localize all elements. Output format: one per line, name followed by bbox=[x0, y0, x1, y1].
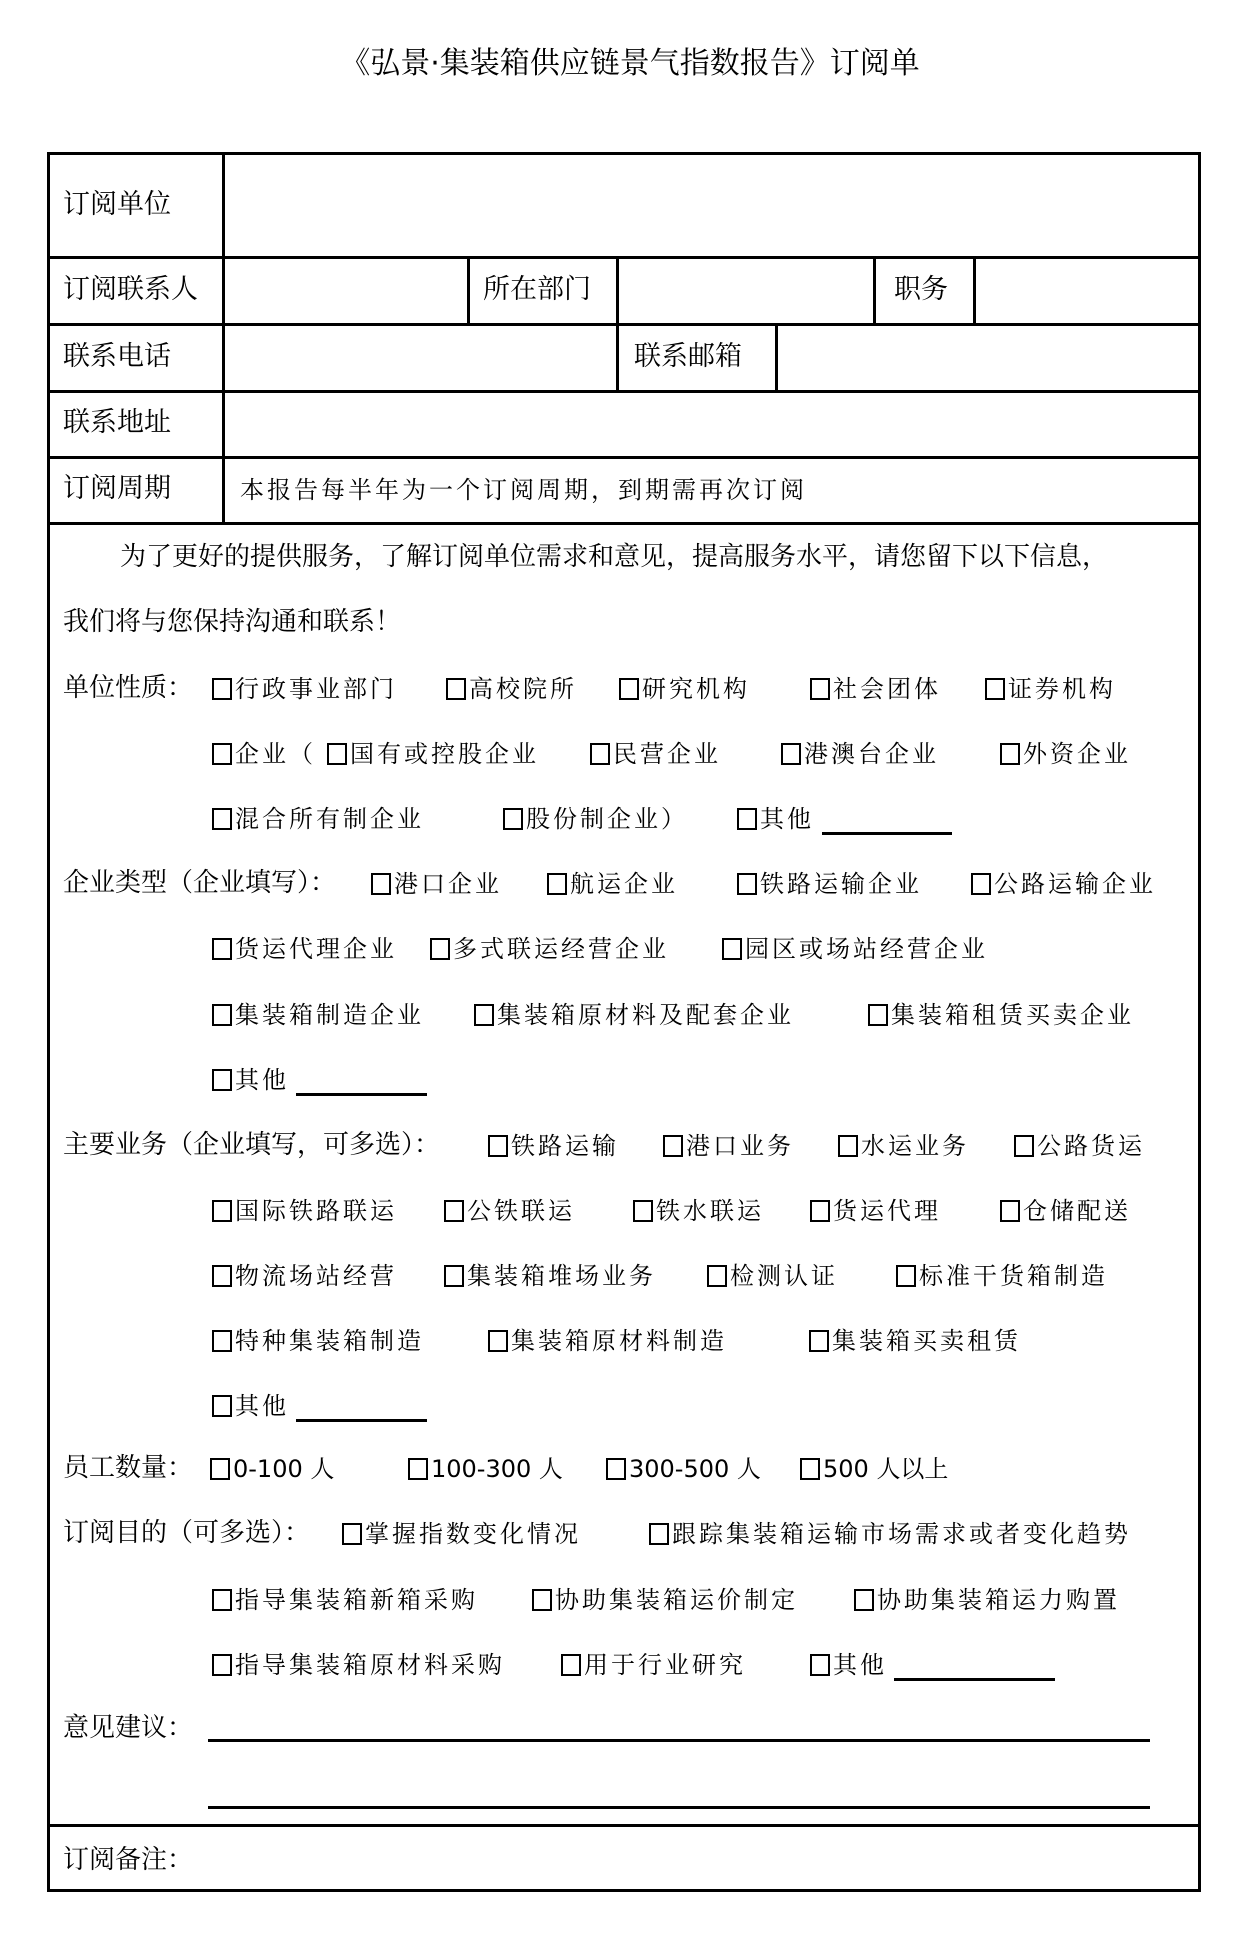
option-materials-mfg[interactable]: 集装箱原材料制造 bbox=[488, 1324, 727, 1358]
option-dry-container-mfg[interactable]: 标准干货箱制造 bbox=[896, 1259, 1108, 1293]
checkbox[interactable] bbox=[619, 678, 639, 700]
option-shipping[interactable]: 航运企业 bbox=[547, 867, 678, 901]
option-inspection[interactable]: 检测认证 bbox=[707, 1259, 838, 1293]
checkbox[interactable] bbox=[781, 743, 801, 765]
checkbox[interactable] bbox=[800, 1458, 820, 1480]
position-label: 职务 bbox=[894, 272, 948, 308]
remarks-field[interactable] bbox=[200, 1828, 1198, 1888]
checkbox[interactable] bbox=[444, 1265, 464, 1287]
option-container-leasing[interactable]: 集装箱租赁买卖企业 bbox=[868, 998, 1134, 1032]
checkbox[interactable] bbox=[212, 1069, 232, 1091]
checkbox[interactable] bbox=[561, 1654, 581, 1676]
option-label: 国有或控股企业 bbox=[350, 737, 539, 771]
option-label: 集装箱租赁买卖企业 bbox=[891, 998, 1134, 1032]
checkbox[interactable] bbox=[212, 938, 232, 960]
checkbox[interactable] bbox=[212, 808, 232, 830]
option-label: 500 人以上 bbox=[823, 1452, 948, 1486]
option-emp-300-500[interactable]: 300-500 人 bbox=[606, 1452, 761, 1486]
option-label: 园区或场站经营企业 bbox=[745, 932, 988, 966]
column-divider bbox=[616, 256, 619, 324]
option-label: 0-100 人 bbox=[233, 1452, 334, 1486]
option-label: 协助集装箱运力购置 bbox=[877, 1583, 1120, 1617]
option-admin-dept[interactable]: 行政事业部门 bbox=[212, 672, 397, 706]
checkbox[interactable] bbox=[408, 1458, 428, 1480]
option-road[interactable]: 公路运输企业 bbox=[971, 867, 1156, 901]
checkbox[interactable] bbox=[810, 678, 830, 700]
checkbox[interactable] bbox=[212, 1330, 232, 1352]
unit-label: 订阅单位 bbox=[63, 187, 171, 223]
option-logistics-station[interactable]: 物流场站经营 bbox=[212, 1259, 397, 1293]
checkbox[interactable] bbox=[212, 1200, 232, 1222]
checkbox[interactable] bbox=[444, 1200, 464, 1222]
option-label: 铁水联运 bbox=[656, 1194, 764, 1228]
option-joint-stock[interactable]: 股份制企业） bbox=[503, 802, 688, 836]
checkbox[interactable] bbox=[212, 1654, 232, 1676]
option-label: 标准干货箱制造 bbox=[919, 1259, 1108, 1293]
option-unit-other[interactable]: 其他 bbox=[737, 802, 814, 836]
option-warehousing[interactable]: 仓储配送 bbox=[1000, 1194, 1131, 1228]
option-label: 集装箱制造企业 bbox=[235, 998, 424, 1032]
enterprise-type-label: 企业类型（企业填写）： bbox=[63, 865, 336, 901]
option-foreign[interactable]: 外资企业 bbox=[1000, 737, 1131, 771]
option-label: 特种集装箱制造 bbox=[235, 1324, 424, 1358]
option-label: 集装箱买卖租赁 bbox=[832, 1324, 1021, 1358]
purpose-other-input-line[interactable] bbox=[894, 1678, 1055, 1681]
checkbox[interactable] bbox=[212, 1004, 232, 1026]
position-field[interactable] bbox=[977, 260, 1198, 322]
suggestions-input-line-2[interactable] bbox=[208, 1806, 1150, 1809]
option-state-owned[interactable]: 国有或控股企业 bbox=[327, 737, 539, 771]
checkbox[interactable] bbox=[737, 808, 757, 830]
option-label: 民营企业 bbox=[613, 737, 721, 771]
option-label: 跟踪集装箱运输市场需求或者变化趋势 bbox=[672, 1517, 1131, 1551]
unit-nature-label: 单位性质： bbox=[63, 670, 193, 706]
option-label: 协助集装箱运价制定 bbox=[555, 1583, 798, 1617]
checkbox[interactable] bbox=[606, 1458, 626, 1480]
option-label: 指导集装箱新箱采购 bbox=[235, 1583, 478, 1617]
checkbox[interactable] bbox=[985, 678, 1005, 700]
checkbox[interactable] bbox=[371, 873, 391, 895]
option-label: 公路货运 bbox=[1037, 1129, 1145, 1163]
option-emp-500-plus[interactable]: 500 人以上 bbox=[800, 1452, 948, 1486]
option-research[interactable]: 研究机构 bbox=[619, 672, 750, 706]
checkbox[interactable] bbox=[868, 1004, 888, 1026]
option-enterprise[interactable]: 企业（ bbox=[212, 737, 316, 771]
option-label: 港口企业 bbox=[394, 867, 502, 901]
option-label: 集装箱原材料制造 bbox=[511, 1324, 727, 1358]
checkbox[interactable] bbox=[722, 938, 742, 960]
checkbox[interactable] bbox=[810, 1200, 830, 1222]
option-label: 证券机构 bbox=[1008, 672, 1116, 706]
checkbox[interactable] bbox=[810, 1654, 830, 1676]
checkbox[interactable] bbox=[430, 938, 450, 960]
checkbox[interactable] bbox=[707, 1265, 727, 1287]
checkbox[interactable] bbox=[503, 808, 523, 830]
option-label: 其他 bbox=[760, 802, 814, 836]
enterprise-other-input-line[interactable] bbox=[296, 1093, 427, 1096]
option-rail-transport[interactable]: 铁路运输 bbox=[488, 1129, 619, 1163]
checkbox[interactable] bbox=[342, 1523, 362, 1545]
intro-line-1: 为了更好的提供服务，了解订阅单位需求和意见，提高服务水平，请您留下以下信息， bbox=[120, 539, 1108, 575]
option-materials-purchase[interactable]: 指导集装箱原材料采购 bbox=[212, 1648, 505, 1682]
option-emp-100-300[interactable]: 100-300 人 bbox=[408, 1452, 563, 1486]
option-label: 指导集装箱原材料采购 bbox=[235, 1648, 505, 1682]
option-container-materials[interactable]: 集装箱原材料及配套企业 bbox=[474, 998, 794, 1032]
checkbox[interactable] bbox=[971, 873, 991, 895]
remarks-label: 订阅备注： bbox=[63, 1842, 193, 1878]
row-divider bbox=[47, 390, 1201, 393]
option-label: 仓储配送 bbox=[1023, 1194, 1131, 1228]
checkbox[interactable] bbox=[1000, 1200, 1020, 1222]
row-divider bbox=[47, 456, 1201, 459]
checkbox[interactable] bbox=[446, 678, 466, 700]
column-divider bbox=[467, 256, 470, 324]
option-special-container-mfg[interactable]: 特种集装箱制造 bbox=[212, 1324, 424, 1358]
option-private[interactable]: 民营企业 bbox=[590, 737, 721, 771]
checkbox[interactable] bbox=[327, 743, 347, 765]
option-freight-pricing[interactable]: 协助集装箱运价制定 bbox=[532, 1583, 798, 1617]
row-divider bbox=[47, 323, 1201, 326]
checkbox[interactable] bbox=[649, 1523, 669, 1545]
option-social-group[interactable]: 社会团体 bbox=[810, 672, 941, 706]
option-label: 集装箱堆场业务 bbox=[467, 1259, 656, 1293]
option-label: 公路运输企业 bbox=[994, 867, 1156, 901]
intro-line-2: 我们将与您保持沟通和联系！ bbox=[63, 604, 401, 640]
option-industry-research[interactable]: 用于行业研究 bbox=[561, 1648, 746, 1682]
option-enterprise-other[interactable]: 其他 bbox=[212, 1063, 289, 1097]
row-divider bbox=[47, 522, 1201, 525]
option-freight-forwarding[interactable]: 货运代理企业 bbox=[212, 932, 397, 966]
option-label: 水运业务 bbox=[861, 1129, 969, 1163]
column-divider bbox=[873, 256, 876, 324]
column-divider bbox=[973, 256, 976, 324]
period-label: 订阅周期 bbox=[63, 471, 171, 507]
option-label: 行政事业部门 bbox=[235, 672, 397, 706]
checkbox[interactable] bbox=[210, 1458, 230, 1480]
option-forwarding[interactable]: 货运代理 bbox=[810, 1194, 941, 1228]
column-divider bbox=[775, 323, 778, 391]
checkbox[interactable] bbox=[488, 1135, 508, 1157]
option-rail-water[interactable]: 铁水联运 bbox=[633, 1194, 764, 1228]
page-title: 《弘景·集装箱供应链景气指数报告》订阅单 bbox=[0, 44, 1245, 84]
suggestions-label: 意见建议： bbox=[63, 1710, 193, 1746]
option-label: 检测认证 bbox=[730, 1259, 838, 1293]
option-road-freight[interactable]: 公路货运 bbox=[1014, 1129, 1145, 1163]
option-capacity-purchase[interactable]: 协助集装箱运力购置 bbox=[854, 1583, 1120, 1617]
option-new-container-purchase[interactable]: 指导集装箱新箱采购 bbox=[212, 1583, 478, 1617]
purpose-label: 订阅目的（可多选）： bbox=[63, 1515, 310, 1551]
option-label: 用于行业研究 bbox=[584, 1648, 746, 1682]
row-divider bbox=[47, 256, 1201, 259]
suggestions-input-line-1[interactable] bbox=[208, 1739, 1150, 1742]
checkbox[interactable] bbox=[1000, 743, 1020, 765]
option-label: 企业（ bbox=[235, 737, 316, 771]
option-label: 港澳台企业 bbox=[804, 737, 939, 771]
column-divider bbox=[616, 323, 619, 391]
checkbox[interactable] bbox=[212, 743, 232, 765]
option-label: 航运企业 bbox=[570, 867, 678, 901]
option-label: 高校院所 bbox=[469, 672, 577, 706]
address-field[interactable] bbox=[226, 394, 1198, 456]
option-label: 物流场站经营 bbox=[235, 1259, 397, 1293]
checkbox[interactable] bbox=[896, 1265, 916, 1287]
checkbox[interactable] bbox=[212, 1265, 232, 1287]
option-hk-macau-tw[interactable]: 港澳台企业 bbox=[781, 737, 939, 771]
option-multimodal[interactable]: 多式联运经营企业 bbox=[430, 932, 669, 966]
option-label: 社会团体 bbox=[833, 672, 941, 706]
option-label: 国际铁路联运 bbox=[235, 1194, 397, 1228]
period-value: 本报告每半年为一个订阅周期，到期需再次订阅 bbox=[240, 473, 807, 507]
employee-count-label: 员工数量： bbox=[63, 1450, 193, 1486]
option-label: 公铁联运 bbox=[467, 1194, 575, 1228]
option-market-tracking[interactable]: 跟踪集装箱运输市场需求或者变化趋势 bbox=[649, 1517, 1131, 1551]
label-column-divider bbox=[222, 152, 225, 524]
option-label: 研究机构 bbox=[642, 672, 750, 706]
checkbox[interactable] bbox=[212, 678, 232, 700]
option-railway[interactable]: 铁路运输企业 bbox=[737, 867, 922, 901]
option-label: 其他 bbox=[833, 1648, 887, 1682]
contact-field[interactable] bbox=[226, 260, 466, 322]
checkbox[interactable] bbox=[474, 1004, 494, 1026]
option-container-trading[interactable]: 集装箱买卖租赁 bbox=[809, 1324, 1021, 1358]
address-label: 联系地址 bbox=[63, 405, 171, 441]
option-container-yard[interactable]: 集装箱堆场业务 bbox=[444, 1259, 656, 1293]
option-label: 货运代理企业 bbox=[235, 932, 397, 966]
business-other-input-line[interactable] bbox=[296, 1419, 427, 1422]
option-label: 其他 bbox=[235, 1389, 289, 1423]
option-road-rail[interactable]: 公铁联运 bbox=[444, 1194, 575, 1228]
unit-other-input-line[interactable] bbox=[822, 832, 952, 835]
checkbox[interactable] bbox=[838, 1135, 858, 1157]
option-park-station[interactable]: 园区或场站经营企业 bbox=[722, 932, 988, 966]
department-label: 所在部门 bbox=[483, 272, 591, 308]
checkbox[interactable] bbox=[854, 1589, 874, 1611]
checkbox[interactable] bbox=[590, 743, 610, 765]
option-index-trend[interactable]: 掌握指数变化情况 bbox=[342, 1517, 581, 1551]
row-divider bbox=[47, 1824, 1201, 1827]
checkbox[interactable] bbox=[532, 1589, 552, 1611]
checkbox[interactable] bbox=[809, 1330, 829, 1352]
checkbox[interactable] bbox=[212, 1395, 232, 1417]
option-emp-0-100[interactable]: 0-100 人 bbox=[210, 1452, 334, 1486]
checkbox[interactable] bbox=[663, 1135, 683, 1157]
option-securities[interactable]: 证券机构 bbox=[985, 672, 1116, 706]
option-intl-rail[interactable]: 国际铁路联运 bbox=[212, 1194, 397, 1228]
option-container-mfg[interactable]: 集装箱制造企业 bbox=[212, 998, 424, 1032]
option-label: 掌握指数变化情况 bbox=[365, 1517, 581, 1551]
option-label: 多式联运经营企业 bbox=[453, 932, 669, 966]
email-field[interactable] bbox=[779, 327, 1198, 389]
checkbox[interactable] bbox=[488, 1330, 508, 1352]
option-label: 港口业务 bbox=[686, 1129, 794, 1163]
option-water-transport[interactable]: 水运业务 bbox=[838, 1129, 969, 1163]
phone-field[interactable] bbox=[226, 327, 615, 389]
option-port[interactable]: 港口企业 bbox=[371, 867, 502, 901]
option-label: 货运代理 bbox=[833, 1194, 941, 1228]
phone-label: 联系电话 bbox=[63, 339, 171, 375]
checkbox[interactable] bbox=[547, 873, 567, 895]
option-label: 混合所有制企业 bbox=[235, 802, 424, 836]
checkbox[interactable] bbox=[633, 1200, 653, 1222]
option-port-business[interactable]: 港口业务 bbox=[663, 1129, 794, 1163]
unit-field[interactable] bbox=[226, 156, 1198, 256]
option-label: 铁路运输企业 bbox=[760, 867, 922, 901]
checkbox[interactable] bbox=[1014, 1135, 1034, 1157]
option-label: 外资企业 bbox=[1023, 737, 1131, 771]
option-label: 其他 bbox=[235, 1063, 289, 1097]
option-business-other[interactable]: 其他 bbox=[212, 1389, 289, 1423]
contact-label: 订阅联系人 bbox=[63, 272, 198, 308]
department-field[interactable] bbox=[620, 260, 872, 322]
checkbox[interactable] bbox=[737, 873, 757, 895]
checkbox[interactable] bbox=[212, 1589, 232, 1611]
email-label: 联系邮箱 bbox=[634, 339, 742, 375]
main-business-label: 主要业务（企业填写，可多选）： bbox=[63, 1127, 440, 1163]
option-university[interactable]: 高校院所 bbox=[446, 672, 577, 706]
option-label: 100-300 人 bbox=[431, 1452, 563, 1486]
option-label: 股份制企业） bbox=[526, 802, 688, 836]
option-label: 300-500 人 bbox=[629, 1452, 761, 1486]
option-mixed-ownership[interactable]: 混合所有制企业 bbox=[212, 802, 424, 836]
option-purpose-other[interactable]: 其他 bbox=[810, 1648, 887, 1682]
option-label: 集装箱原材料及配套企业 bbox=[497, 998, 794, 1032]
option-label: 铁路运输 bbox=[511, 1129, 619, 1163]
